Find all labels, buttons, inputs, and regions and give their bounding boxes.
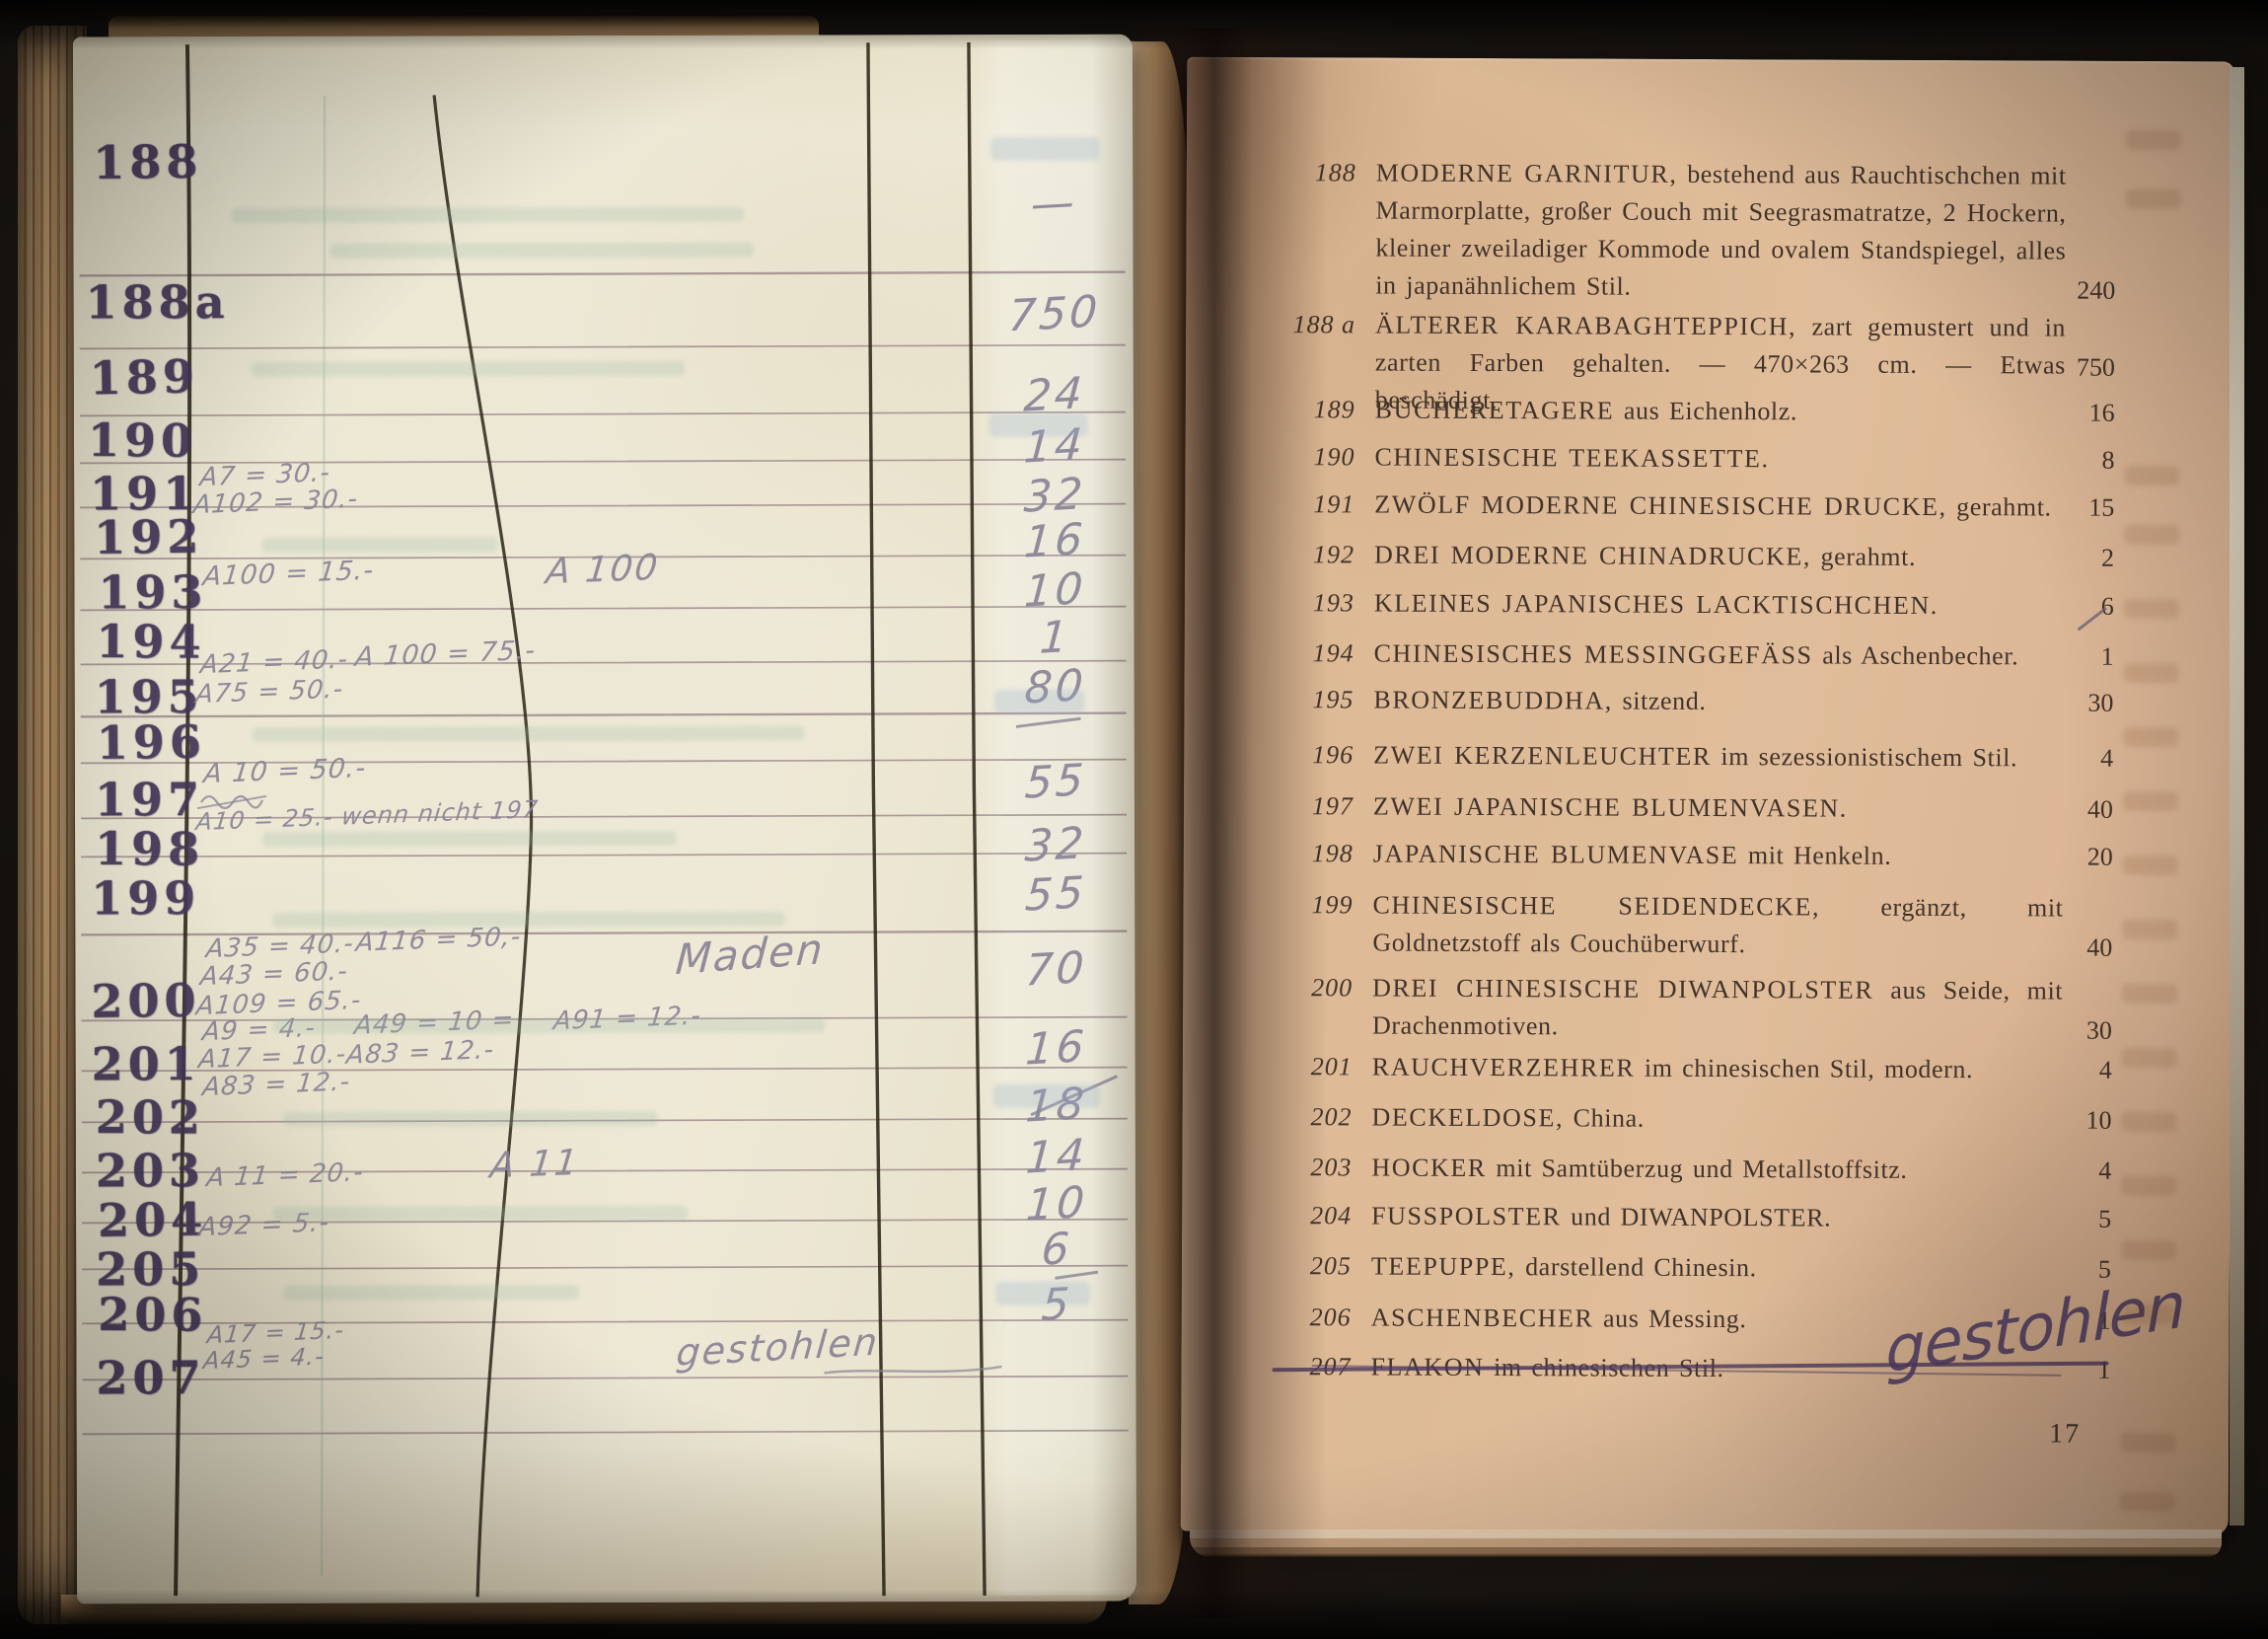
lot-number: 196 [1275,736,1353,774]
lot-title: ZWEI KERZENLEUCHTER [1373,741,1712,771]
lot-stamp: 200 [91,978,201,1024]
hammer-price: 32 [986,820,1127,871]
lot-stamp: 192 [94,514,204,560]
ledger-page: 188—188a7501892419014191A7 = 30.-A102 = … [73,35,1136,1604]
pencil-note: A83 = 12.- [345,1037,495,1069]
lot-stamp: 204 [98,1197,208,1243]
fore-edge-bleed-number [2120,1433,2175,1453]
estimate-price: 750 [2026,348,2115,386]
lot-text: mit Henkeln. [1738,841,1891,870]
lot-stamp: 206 [98,1292,207,1338]
fore-edge-bleed-number [2124,663,2179,683]
lot-description: JAPANISCHE BLUMENVASE mit Henkeln. [1373,836,2064,876]
book-photo: 188—188a7501892419014191A7 = 30.-A102 = … [0,0,2268,1639]
lot-description: DECKELDOSE, China. [1371,1099,2062,1140]
lot-text: im sezessionistischem Stil. [1712,742,2017,772]
lot-description: ZWEI KERZENLEUCHTER im sezessionistische… [1373,737,2064,778]
catalog-entry: 189BÜCHERETAGERE aus Eichenholz.16 [1277,391,2115,432]
hammer-price: 16 [986,1023,1127,1075]
catalog-entry: 207FLAKON im chinesischen Stil.1gestohle… [1272,1348,2110,1389]
page-stack-bottom-edge-right [1190,1529,2222,1557]
estimate-price: 40 [2024,790,2113,828]
lot-number: 193 [1276,584,1354,622]
lot-description: DREI MODERNE CHINADRUCKE, gerahmt. [1374,537,2065,577]
lot-number: 189 [1277,391,1355,428]
lot-number: 201 [1274,1048,1353,1085]
lot-stamp: 188a [86,279,230,325]
lot-text: als Aschenbecher. [1813,640,2019,670]
catalog-entry: 191ZWÖLF MODERNE CHINESISCHE DRUCKE, ger… [1276,485,2114,527]
catalog-entry: 201RAUCHVERZEHRER im chinesischen Stil, … [1274,1048,2112,1089]
pencil-note: A43 = 60.- [199,958,349,990]
estimate-price: 240 [2026,271,2115,309]
lot-description: FUSSPOLSTER und DIWANPOLSTER. [1371,1198,2062,1238]
lot-description: BÜCHERETAGERE aus Eichenholz. [1375,392,2066,432]
lot-title: DREI MODERNE CHINADRUCKE, [1374,541,1811,571]
catalog-entry: 196ZWEI KERZENLEUCHTER im sezessionistis… [1275,736,2113,778]
estimate-price: 4 [2024,739,2113,777]
lot-title: MODERNE GARNITUR, [1376,159,1678,188]
lot-title: TEEPUPPE, [1371,1252,1516,1282]
estimate-price: 8 [2025,441,2114,479]
lot-title: BÜCHERETAGERE [1375,396,1615,425]
estimate-price: 6 [2025,587,2114,625]
lot-stamp: 198 [95,826,204,872]
estimate-price: 5 [2022,1200,2111,1237]
hammer-price: 32 [985,471,1126,522]
lot-number: 198 [1275,835,1353,872]
fore-edge-bleed-number [2124,466,2179,485]
hammer-price: 14 [985,421,1126,473]
lot-description: CHINESISCHES MESSINGGEFÄSS als Aschenbec… [1374,635,2065,676]
lot-number: 199 [1274,886,1353,924]
estimate-price: 4 [2022,1152,2111,1189]
estimate-price: 10 [2022,1101,2111,1139]
lot-stamp: 202 [96,1094,205,1141]
pencil-note: A83 = 12.- [201,1069,351,1100]
hammer-price: 70 [986,944,1127,996]
lot-stamp: 205 [96,1246,205,1292]
catalog-page: 188MODERNE GARNITUR, bestehend aus Rauch… [1181,57,2235,1536]
fore-edge-bleed-number [2123,791,2178,811]
lot-number: 190 [1276,438,1354,476]
hammer-price: 24 [984,370,1125,421]
pencil-note: A 11 = 20.- [205,1159,365,1191]
pencil-note-large: A 100 [545,551,661,590]
hammer-price: 10 [987,1179,1128,1230]
fore-edge-bleed-number [2126,130,2181,150]
fore-edge-bleed-number [2126,189,2181,209]
lot-description: HOCKER mit Samtüberzug und Metallstoffsi… [1371,1150,2062,1190]
lot-description: CHINESISCHE TEEKASSETTE. [1374,439,2065,480]
hammer-price: 55 [986,757,1127,808]
fore-edge-bleed-number [2121,1176,2176,1196]
fore-edge-bleed-number [2122,1048,2177,1068]
lot-stamp: 196 [97,719,207,766]
lot-title: ÄLTERER KARABAGHTEPPICH, [1375,311,1796,341]
catalog-entry: 193KLEINES JAPANISCHES LACKTISCHCHEN.6 [1276,584,2114,626]
lot-description: ZWÖLF MODERNE CHINESISCHE DRUCKE, gerahm… [1374,486,2065,527]
pencil-note: A 100 = 75.- [354,637,538,671]
estimate-price: 15 [2025,488,2114,526]
lot-title: CHINESISCHES MESSINGGEFÄSS [1374,639,1813,670]
catalog-entry: 188 aÄLTERER KARABAGHTEPPICH, zart gemus… [1277,306,2115,385]
pencil-note: A91 = 12.- [552,1004,702,1035]
lot-text: sitzend. [1613,687,1707,715]
catalog-entry: 195BRONZEBUDDHA, sitzend.30 [1275,681,2113,722]
estimate-price: 30 [2023,1011,2112,1049]
hammer-price: 16 [985,516,1126,567]
catalog-entries: 188MODERNE GARNITUR, bestehend aus Rauch… [1272,57,2117,1535]
lot-title: RAUCHVERZEHRER [1372,1053,1636,1082]
lot-text: im chinesischen Stil, modern. [1635,1054,1973,1083]
lot-description: KLEINES JAPANISCHES LACKTISCHCHEN. [1374,585,2065,626]
lot-number: 188 [1278,154,1356,191]
catalog-entry: 200DREI CHINESISCHE DIWANPOLSTER aus Sei… [1274,969,2112,1048]
lot-description: ZWEI JAPANISCHE BLUMENVASEN. [1373,788,2064,829]
fore-edge-bleed-number [2122,1112,2177,1132]
fore-edge-bleed-number [2123,856,2178,875]
pencil-note-large: gestohlen [675,1323,880,1373]
lot-stamp: 189 [89,353,199,401]
fore-edge-bleed-number [2124,525,2179,545]
lot-description: RAUCHVERZEHRER im chinesischen Stil, mod… [1372,1049,2063,1089]
hammer-price: 6 [987,1225,1128,1276]
catalog-entry: 202DECKELDOSE, China.10 [1273,1098,2111,1140]
lot-title: DECKELDOSE, [1372,1103,1565,1133]
lot-text: darstellend Chinesin. [1515,1252,1756,1282]
lot-title: JAPANISCHE BLUMENVASE [1373,840,1739,870]
lot-title: FUSSPOLSTER [1371,1202,1562,1231]
fore-edge-bleed-number [2120,1492,2175,1512]
lot-text: aus Eichenholz. [1614,397,1797,426]
ink-annotation: gestohlen [1885,1287,2185,1371]
catalog-entry: 197ZWEI JAPANISCHE BLUMENVASEN.40 [1275,787,2113,829]
hammer-price: 10 [985,565,1126,617]
pencil-note: A100 = 15.- [202,558,376,591]
lot-stamp: 207 [96,1355,205,1400]
lot-stamp: 193 [98,569,207,615]
pencil-note: A 10 = 50.- [202,755,368,787]
lot-stamp: 195 [95,674,204,719]
pencil-note: A49 = 10 = [353,1007,516,1039]
lot-number: 195 [1275,681,1353,718]
lot-number: 197 [1275,787,1353,825]
lot-description: BRONZEBUDDHA, sitzend. [1373,682,2064,722]
estimate-price: 20 [2024,838,2113,875]
lot-description: DREI CHINESISCHE DIWANPOLSTER aus Seide,… [1372,970,2063,1048]
catalog-entry: 198JAPANISCHE BLUMENVASE mit Henkeln.20 [1275,835,2113,876]
lot-number: 205 [1273,1247,1352,1285]
lot-description: CHINESISCHE SEIDENDECKE, ergänzt, mit Go… [1372,887,2063,965]
lot-title: ASCHENBECHER [1371,1304,1594,1333]
catalog-entry: 194CHINESISCHES MESSINGGEFÄSS als Aschen… [1276,634,2114,676]
fore-edge-bleed-number [2122,984,2177,1004]
estimate-price: 40 [2023,929,2112,966]
estimate-price: 30 [2024,684,2113,721]
hammer-price: 18 [986,1080,1127,1132]
lot-text: und DIWANPOLSTER. [1562,1202,1832,1231]
catalog-entry: 188MODERNE GARNITUR, bestehend aus Rauch… [1277,154,2116,308]
lot-number: 191 [1276,485,1354,523]
lot-number: 206 [1273,1299,1352,1336]
lot-number: 192 [1276,536,1354,573]
hammer-price: 1 [985,613,1126,664]
lot-title: ZWEI JAPANISCHE BLUMENVASEN. [1373,792,1848,823]
lot-title: KLEINES JAPANISCHES LACKTISCHCHEN. [1374,589,1939,620]
estimate-price: 4 [2023,1051,2112,1088]
estimate-price: 2 [2025,539,2114,576]
fore-edge-bleed-number [2123,727,2178,747]
lot-number: 188 a [1277,306,1355,343]
lot-title: BRONZEBUDDHA, [1373,686,1613,715]
catalog-entry: 199CHINESISCHE SEIDENDECKE, ergänzt, mit… [1274,886,2112,965]
estimate-price: 1 [2025,637,2114,675]
hammer-price: 55 [986,869,1127,921]
catalog-entry: 204FUSSPOLSTER und DIWANPOLSTER.5 [1273,1197,2111,1238]
lot-stamp: 197 [95,777,204,822]
lot-stamp: 190 [88,417,197,464]
pencil-note: A45 = 4.- [202,1344,326,1373]
lot-number: 203 [1273,1149,1352,1186]
lot-number: 204 [1273,1197,1352,1234]
lot-number: 194 [1276,634,1354,672]
lot-title: CHINESISCHE SEIDENDECKE, [1372,891,1820,922]
lot-description: MODERNE GARNITUR, bestehend aus Rauchtis… [1375,155,2067,308]
pencil-note: A75 = 50.- [194,676,344,708]
fore-edge-bleed-number [2124,599,2179,619]
pencil-note-large: Maden [674,929,826,981]
lot-number: 200 [1274,969,1353,1006]
catalog-entry: 205TEEPUPPE, darstellend Chinesin.5 [1273,1247,2111,1289]
lot-number: 202 [1273,1098,1352,1136]
lot-text: gerahmt. [1811,542,1916,570]
lot-text: mit Samtüberzug und Metallstoffsitz. [1487,1154,1908,1184]
lot-text: China. [1564,1103,1645,1132]
pencil-note: A21 = 40.- [199,646,349,678]
fore-edge-bleed-number [2122,920,2177,939]
page-number: 17 [1272,1415,2081,1451]
hammer-price: 750 [984,289,1125,340]
lot-title: ZWÖLF MODERNE CHINESISCHE DRUCKE, [1374,490,1946,522]
lot-title: HOCKER [1371,1154,1487,1183]
lot-stamp: 203 [96,1148,205,1193]
hammer-price: 5 [987,1280,1128,1331]
lot-stamp: 194 [96,619,205,665]
lot-title: DREI CHINESISCHE DIWANPOLSTER [1372,974,1873,1005]
catalog-entry: 192DREI MODERNE CHINADRUCKE, gerahmt.2 [1276,536,2114,577]
lot-text: aus Messing. [1593,1304,1746,1334]
lot-title: CHINESISCHE TEEKASSETTE. [1374,443,1769,474]
page-stack-fore-edge [2230,67,2244,1526]
catalog-entry: 203HOCKER mit Samtüberzug und Metallstof… [1273,1149,2111,1190]
pencil-note-large: A 11 [488,1146,581,1185]
pencil-note: A116 = 50,- [355,924,523,955]
hammer-price: — [984,179,1125,230]
catalog-entry: 190CHINESISCHE TEEKASSETTE.8 [1276,438,2114,480]
estimate-price: 16 [2026,394,2115,431]
fore-edge-bleed-number [2121,1240,2176,1260]
hammer-price: 14 [987,1132,1128,1183]
pencil-note: A102 = 30.- [191,486,359,518]
hammer-price: 80 [985,662,1126,713]
lot-stamp: 188 [93,139,203,186]
lot-stamp: 201 [92,1041,201,1086]
lot-description: TEEPUPPE, darstellend Chinesin. [1371,1248,2062,1289]
lot-stamp: 199 [91,875,200,921]
pencil-note: A92 = 5.- [197,1210,330,1240]
